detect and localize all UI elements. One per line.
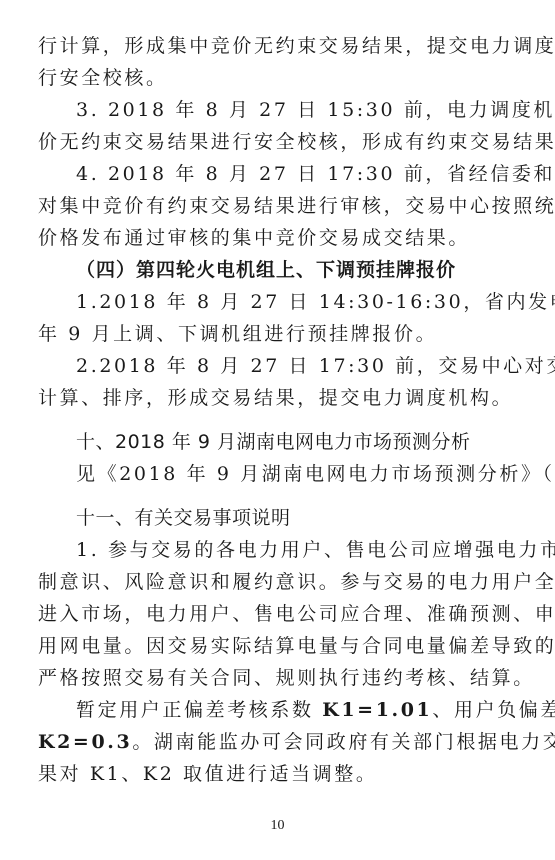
text-line: 用网电量。因交易实际结算电量与合同电量偏差导致的违约将 bbox=[38, 630, 516, 662]
text-line: K2=0.3。湖南能监办可会同政府有关部门根据电力交易实际结 bbox=[38, 726, 516, 758]
text-line: 年 9 月上调、下调机组进行预挂牌报价。 bbox=[38, 318, 516, 350]
text-line: 见《2018 年 9 月湖南电网电力市场预测分析》（附件七）。 bbox=[38, 458, 516, 490]
text-line: 1.2018 年 8 月 27 日 14:30-16:30，省内发电企业对 20… bbox=[38, 286, 516, 318]
text-line: 4. 2018 年 8 月 27 日 17:30 前，省经信委和湖南能监办 bbox=[38, 158, 516, 190]
subsection-heading: （四）第四轮火电机组上、下调预挂牌报价 bbox=[38, 254, 516, 286]
text-line: 2.2018 年 8 月 27 日 17:30 前，交易中心对交易申报进行 bbox=[38, 350, 516, 382]
section-heading: 十一、有关交易事项说明 bbox=[38, 502, 516, 534]
section-heading: 十、2018 年 9 月湖南电网电力市场预测分析 bbox=[38, 426, 516, 458]
text-line: 对集中竞价有约束交易结果进行审核，交易中心按照统一出清 bbox=[38, 190, 516, 222]
text-line: 行计算，形成集中竞价无约束交易结果，提交电力调度机构进 bbox=[38, 30, 516, 62]
k2-value: K2=0.3 bbox=[38, 731, 132, 753]
text-line: 计算、排序，形成交易结果，提交电力调度机构。 bbox=[38, 382, 516, 414]
text-line: 价格发布通过审核的集中竞价交易成交结果。 bbox=[38, 222, 516, 254]
text-line: 果对 K1、K2 取值进行适当调整。 bbox=[38, 758, 516, 790]
page-number: 10 bbox=[0, 818, 555, 834]
text-line: 3. 2018 年 8 月 27 日 15:30 前，电力调度机构对集中竞 bbox=[38, 94, 516, 126]
text-line: 价无约束交易结果进行安全校核，形成有约束交易结果。 bbox=[38, 126, 516, 158]
text-line: 暂定用户正偏差考核系数 K1=1.01、用户负偏差考核系数 bbox=[38, 694, 516, 726]
coef-text: 暂定用户正偏差考核系数 bbox=[76, 699, 322, 721]
k1-value: K1=1.01 bbox=[322, 699, 432, 721]
text-line: 行安全校核。 bbox=[38, 62, 516, 94]
text-line: 1. 参与交易的各电力用户、售电公司应增强电力市场法 bbox=[38, 534, 516, 566]
text-line: 严格按照交易有关合同、规则执行违约考核、结算。 bbox=[38, 662, 516, 694]
document-page: 行计算，形成集中竞价无约束交易结果，提交电力调度机构进 行安全校核。 3. 20… bbox=[38, 30, 516, 790]
coef-text: 、用户负偏差考核系数 bbox=[432, 699, 555, 721]
coef-text: 。湖南能监办可会同政府有关部门根据电力交易实际结 bbox=[132, 731, 555, 753]
text-line: 进入市场，电力用户、售电公司应合理、准确预测、申报所需 bbox=[38, 598, 516, 630]
text-line: 制意识、风险意识和履约意识。参与交易的电力用户全部电量 bbox=[38, 566, 516, 598]
